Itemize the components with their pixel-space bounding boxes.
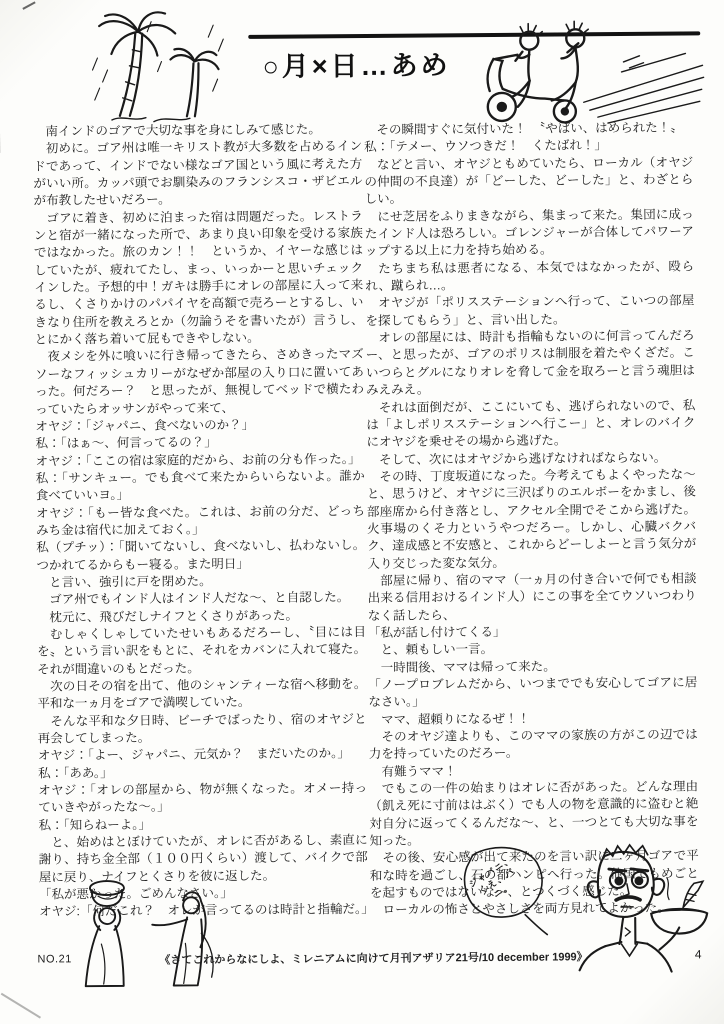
paragraph: などと言い、オヤジともめていたら、ローカル（オヤジの仲間の不良達）が「どーした、… — [364, 154, 693, 209]
footer-caption: 《さてこれからなにしよ、ミレニアムに向けて月刊アザリア21号/10 decemb… — [93, 948, 653, 968]
page-title: ○月×日…あめ — [262, 43, 450, 83]
page-number: 4 — [695, 947, 702, 961]
paragraph: 私：「サンキュー。でも食べて来たからいらないよ。誰か食べていいヨ。」 — [36, 468, 365, 505]
article-column-left: 南インドのゴアで大切な事を身にしみて感じた。 初めに。ゴア州は唯一キリスト教が大… — [33, 121, 368, 921]
paragraph: それは面倒だが、ここにいても、逃げられないので、私は「よしポリスステーションへ行… — [366, 397, 695, 452]
paragraph: 夜メシを外に喰いに行き帰ってきたら、さめきったマズソーなフィッシュカリーがなぜか… — [35, 346, 365, 418]
paragraph: オヤジ：「よー、ジャパニ、元気か？ まだいたのか。」 — [38, 745, 367, 765]
paragraph: オヤジ：「オレの部屋から、物が無くなった。オメー持っていきやがったな〜。」 — [38, 780, 367, 817]
paragraph: たちまち私は悪者になる、本気ではなかったが、殴られ、蹴られ…。 — [365, 258, 694, 295]
paragraph: そのオヤジ達よりも、このママの家族の方がこの辺では力を持っていたのだろー。 — [369, 726, 698, 763]
paragraph: 「ノープロブレムだから、いつまででも安心してゴアに居なさい。」 — [368, 674, 697, 711]
paragraph: ゴアに着き、初めに泊まった宿は問題だった。レストランと宿が一緒になった所で、あま… — [34, 208, 364, 349]
paragraph: 初めに。ゴア州は唯一キリスト教が大多数を占めるインドであって、インドでない様なゴ… — [33, 138, 363, 210]
paragraph: むしゃくしゃしていたせいもあるだろーし、〝目には目を〟という言い訳をもとに、それ… — [37, 624, 366, 679]
issue-number: NO.21 — [37, 953, 71, 965]
women-water-pot-illustration — [51, 873, 262, 993]
paragraph: 私（プチッ）：「聞いてないし、食べないし、払わないし。つかれてるからもー寝る。ま… — [36, 537, 365, 574]
paragraph: その時、丁度坂道になった。今考えてもよくやったな〜と、思うけど、オヤジに三沢ばり… — [367, 466, 697, 573]
paragraph: オヤジ：「もー皆な食べた。これは、お前の分だ、どっちみち金は宿代に加えておく。」 — [36, 503, 365, 540]
paragraph: オヤジが「ポリスステーションへ行って、こいつの部屋を探してもらう」と、言い出した… — [365, 293, 694, 330]
paragraph: ゴア州でもインド人はインド人だな〜、と自認した。 — [37, 589, 366, 609]
paragraph: そんな平和な夕日時、ビーチでばったり、宿のオヤジと再会してしまった。 — [38, 711, 367, 748]
scan-artifact — [1, 993, 41, 1019]
paragraph: 部屋に帰り、宿のママ（一ヵ月の付き合いで何でも相談出来る信用おけるインド人）にこ… — [367, 570, 696, 625]
paragraph: にせ芝居をふりまきながら、集まって来た。集団に成ったインド人は恐ろしい。ゴレンジ… — [365, 206, 694, 261]
paragraph: 次の日その宿を出て、他のシャンティーな宿へ移動を。平和な一ヵ月をゴアで満喫してい… — [37, 676, 366, 713]
scooter-riders-illustration — [471, 13, 707, 129]
scanned-zine-page: ○月×日…あめ — [0, 0, 724, 1024]
scan-artifact — [22, 1, 35, 9]
article-column-right: その瞬間すぐに気付いた！ 〝やばい、はめられた！〟私：「テメー、ウソつきだ！ く… — [364, 119, 699, 919]
paragraph: その瞬間すぐに気付いた！ 〝やばい、はめられた！〟 — [364, 119, 693, 139]
paragraph: オレの部屋には、時計も指輪もないのに何言ってんだろー、と思ったが、ゴアのポリスは… — [366, 328, 696, 400]
palm-trees-illustration — [91, 9, 232, 130]
